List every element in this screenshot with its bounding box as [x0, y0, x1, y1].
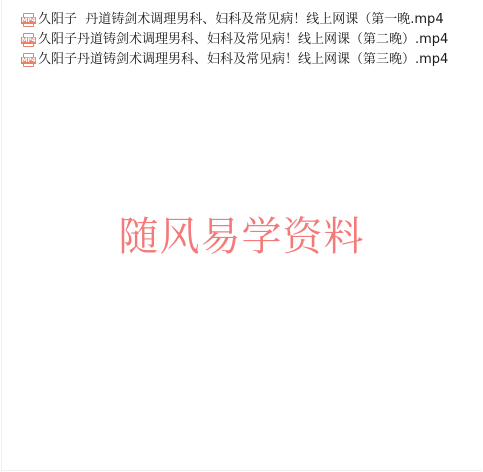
- file-item[interactable]: MP4 久阳子丹道铸剑术调理男科、妇科及常见病！线上网课（第二晚）.mp4: [21, 30, 448, 50]
- watermark-text: 随风易学资料: [0, 209, 483, 265]
- file-name: 久阳子丹道铸剑术调理男科、妇科及常见病！线上网课（第二晚）.mp4: [38, 30, 448, 50]
- file-item[interactable]: MP4 久阳子 丹道铸剑术调理男科、妇科及常见病！线上网课（第一晚.mp4: [21, 10, 448, 30]
- file-list: MP4 久阳子 丹道铸剑术调理男科、妇科及常见病！线上网课（第一晚.mp4 MP…: [21, 10, 448, 70]
- mp4-file-icon: MP4: [21, 13, 36, 27]
- file-name: 久阳子丹道铸剑术调理男科、妇科及常见病！线上网课（第三晚）.mp4: [38, 50, 448, 70]
- file-item[interactable]: MP4 久阳子丹道铸剑术调理男科、妇科及常见病！线上网课（第三晚）.mp4: [21, 50, 448, 70]
- file-name: 久阳子 丹道铸剑术调理男科、妇科及常见病！线上网课（第一晚.mp4: [38, 10, 444, 30]
- mp4-file-icon: MP4: [21, 53, 36, 67]
- mp4-file-icon: MP4: [21, 33, 36, 47]
